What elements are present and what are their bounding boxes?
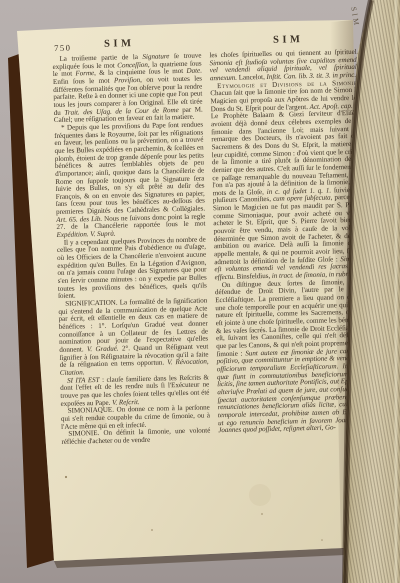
body-text: Le Prophète Balaam & Giezi ſerviteur d'E… xyxy=(211,109,362,197)
page-number: 750 xyxy=(54,43,71,53)
paragraph: SI ITA EST : clauſe familiere dans les R… xyxy=(60,374,210,408)
book-photo: { "photo": { "page_number": "750", "runn… xyxy=(0,0,400,583)
paragraph: On diſtingue deux ſortes de ſimonie, l'u… xyxy=(215,278,368,435)
running-head-left: SIM xyxy=(104,38,135,50)
paragraph: Il y a cependant quelques Provinces du n… xyxy=(57,236,207,301)
body-text: Il y a cependant quelques Provinces du n… xyxy=(57,235,207,300)
paragraph: Etymologie et Divisions de la Simonie. C… xyxy=(210,79,364,282)
body-text: On diſtingue deux ſortes de ſimonie, l'u… xyxy=(215,277,365,357)
paragraph: La troiſieme partie de la Signature ſe t… xyxy=(52,52,203,124)
page-bottom-shadow xyxy=(54,547,367,568)
body-text: SIMONIE. On définit la ſimonie, une volo… xyxy=(61,427,210,446)
curled-page-running-head: SIM xyxy=(349,6,361,28)
paragraph: * Depuis que les proviſions du Pape ſont… xyxy=(54,121,206,239)
running-head-right: SIM xyxy=(273,34,304,46)
paragraph: SIMONIE. On définit la ſimonie, une volo… xyxy=(61,428,210,447)
column-left: La troiſieme partie de la Signature ſe t… xyxy=(52,52,210,446)
paragraph: SIGNIFICATION. La formalité de la ſignif… xyxy=(58,297,209,377)
italic-text: Sunt autem eæ ſimoniæ de jure canonum po… xyxy=(217,346,368,434)
paragraph: les choſes ſpirituelles ou qui tiennent … xyxy=(209,49,359,83)
book-cover-edge xyxy=(8,54,54,568)
body-text: * Depuis que les proviſions du Pape ſont… xyxy=(54,120,205,216)
column-right: les choſes ſpirituelles ou qui tiennent … xyxy=(209,49,367,443)
text-columns: La troiſieme partie de la Signature ſe t… xyxy=(52,49,367,447)
book-page: 750 SIM SIM La troiſieme partie de la Si… xyxy=(52,33,367,447)
